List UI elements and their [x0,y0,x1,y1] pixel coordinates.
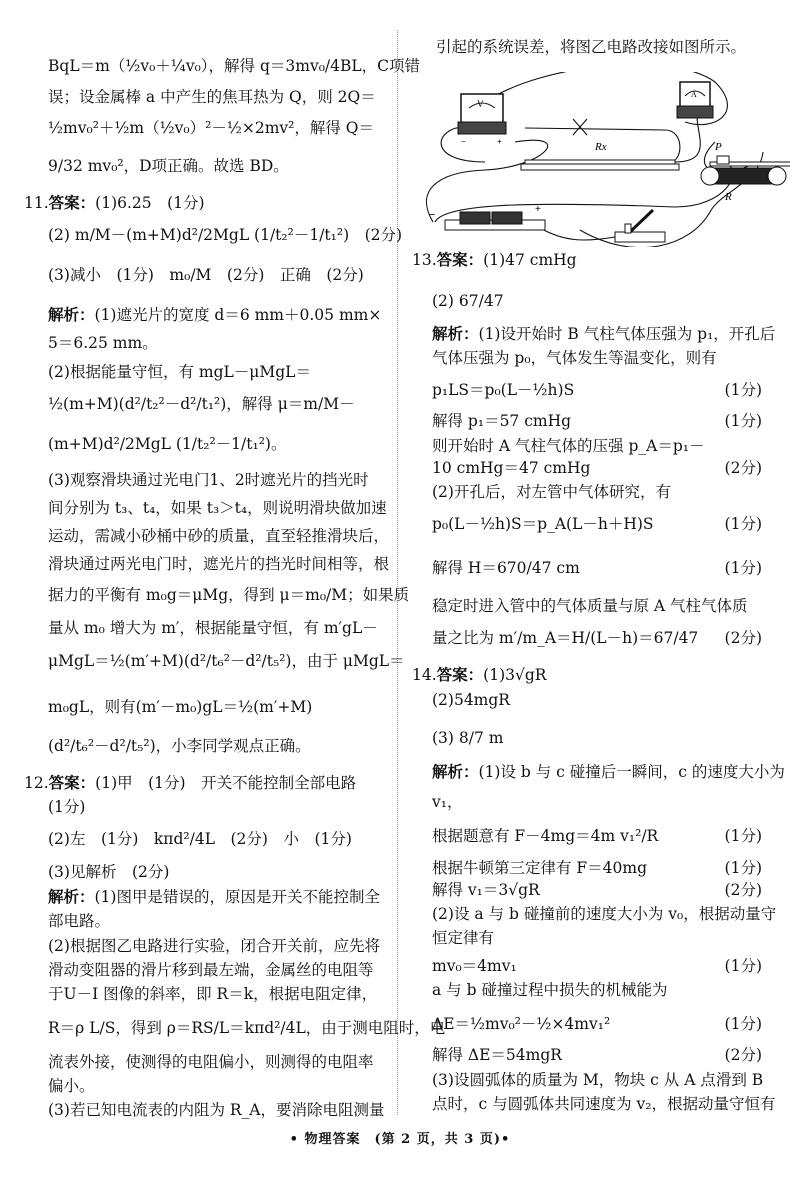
analysis-line: 解析：(1)图甲是错误的，原因是开关不能控制全 [48,887,380,907]
answer-text: (1)3√gR [483,666,546,684]
rheostat-icon: P R [701,141,790,203]
score: (2分) [725,628,762,648]
analysis-line: p₀(L－½h)S＝p_A(L－h＋H)S(1分) [432,514,762,534]
analysis-label: 解析： [432,324,479,343]
analysis-line: 部电路。 [48,911,110,931]
score: (1分) [725,858,762,878]
analysis-line: ΔE＝½mv₀²－½×4mv₁²(1分) [432,1014,762,1034]
column-divider [397,30,398,1115]
answer-text: (1)6.25 (1分) [95,194,204,212]
answer-text: (1)47 cmHg [483,251,576,269]
score: (1分) [725,826,762,846]
score: (1分) [725,514,762,534]
svg-text:−: − [461,137,466,146]
analysis-line: 解得 p₁＝57 cmHg(1分) [432,411,762,431]
analysis-label: 解析： [432,762,479,781]
score: (2分) [725,880,762,900]
analysis-line: (2)设 a 与 b 碰撞前的速度大小为 v₀，根据动量守 [432,904,762,924]
answer-text: (1)甲 (1分) 开关不能控制全部电路 [95,774,356,792]
answer-line: (2)左 (1分) kπd²/4L (2分) 小 (1分) [48,829,352,849]
text-line: 误；设金属棒 a 中产生的焦耳热为 Q，则 2Q＝ [48,87,376,107]
resistance-wire-rx: Rx [521,141,679,170]
wire [426,140,547,222]
switch-icon [615,210,665,242]
voltmeter-icon: V − + [458,94,506,146]
answer-label: 答案： [49,773,96,792]
analysis-line: 气体压强为 p₀，气体发生等温变化，则有 [432,348,762,368]
analysis-line: 则开始时 A 气柱气体的压强 p_A＝p₁－ [432,436,762,456]
answer-label: 答案： [49,193,96,212]
svg-text:+: + [535,204,541,215]
answer-label: 答案： [437,250,484,269]
analysis-line: 流表外接，使测得的电阻偏小，则测得的电阻率 [48,1052,374,1072]
answer-line: (3)减小 (1分) m₀/M (2分) 正确 (2分) [48,265,364,285]
analysis-line: 偏小。 [48,1076,95,1096]
analysis-line: 10 cmHg＝47 cmHg(2分) [432,458,762,478]
analysis-line: 间分别为 t₃、t₄，如果 t₃＞t₄，则说明滑块做加速 [48,498,387,518]
question-number: 12. [24,774,49,792]
analysis-line: 解析：(1)设 b 与 c 碰撞后一瞬间，c 的速度大小为 [432,762,762,782]
analysis-line: 5＝6.25 mm。 [48,333,158,353]
svg-text:+: + [497,137,502,146]
cross-mark-icon [573,119,587,135]
analysis-line: 解得 H＝670/47 cm(1分) [432,558,762,578]
text-line: 引起的系统误差，将图乙电路改接如图所示。 [436,37,746,57]
answer-line: (1分) [48,797,85,817]
battery-icon: − + [429,204,545,230]
analysis-line: 滑动变阻器的滑片移到最左端，金属丝的电阻等 [48,960,374,980]
analysis-line: (m+M)d²/2MgL (1/t₂²－1/t₁²)。 [48,434,286,454]
svg-text:−: − [429,209,435,221]
q11-answer-heading: 11.答案：(1)6.25 (1分) [24,193,205,213]
question-number: 14. [412,666,437,684]
analysis-line: ½(m+M)(d²/t₂²－d²/t₁²)，解得 μ＝m/M－ [48,394,355,414]
svg-text:R: R [724,191,732,203]
analysis-line: μMgL＝½(m′+M)(d²/t₆²－d²/t₅²)，由于 μMgL＝ [48,651,405,671]
q13-answer-heading: 13.答案：(1)47 cmHg [412,250,577,270]
analysis-line: 恒定律有 [432,928,762,948]
svg-text:A: A [691,90,697,99]
text-line: ½mv₀²＋½m（½v₀）²－½×2mv²，解得 Q＝ [48,118,374,138]
answer-line: (3) 8/7 m [432,728,503,748]
question-number: 13. [412,251,437,269]
analysis-line: 滑块通过两光电门时，遮光片的挡光时间相等，根 [48,554,389,574]
analysis-line: m₀gL，则有(m′－m₀)gL＝½(m′+M) [48,697,312,717]
answer-line: (2)54mgR [432,690,510,710]
score: (1分) [725,558,762,578]
svg-text:Rx: Rx [594,141,607,153]
analysis-label: 解析： [48,887,95,906]
svg-text:P: P [714,141,722,153]
score: (1分) [725,1014,762,1034]
analysis-line: 解析：(1)设开始时 B 气柱气体压强为 p₁，开孔后 [432,324,775,344]
answer-line: (2) 67/47 [432,291,504,311]
analysis-line: (d²/t₆²－d²/t₅²)，小李同学观点正确。 [48,736,311,756]
answer-line: (2) m/M－(m+M)d²/2MgL (1/t₂²－1/t₁²) (2分) [48,225,402,245]
answer-label: 答案： [437,665,484,684]
analysis-line: R＝ρ L/S，得到 ρ＝RS/L＝kπd²/4L，由于测电阻时，电 [48,1018,445,1038]
analysis-line: 于U－I 图像的斜率，即 R＝k，根据电阻定律， [48,984,377,1004]
analysis-line: 解得 ΔE＝54mgR(2分) [432,1045,762,1065]
svg-text:V: V [477,99,484,109]
q14-answer-heading: 14.答案：(1)3√gR [412,665,546,685]
analysis-line: 量从 m₀ 增大为 m′，根据能量守恒，有 m′gL－ [48,618,378,638]
analysis-line: a 与 b 碰撞过程中损失的机械能为 [432,980,762,1000]
analysis-line: p₁LS＝p₀(L－½h)S(1分) [432,380,762,400]
analysis-line: 运动，需减小砂桶中砂的质量，直至轻推滑块后， [48,526,389,546]
analysis-line: 解析：(1)遮光片的宽度 d＝6 mm＋0.05 mm× [48,305,381,325]
score: (1分) [725,380,762,400]
score: (2分) [725,458,762,478]
analysis-line: 量之比为 m′/m_A＝H/(L－h)＝67/47(2分) [432,628,762,648]
analysis-line: (3)设圆弧体的质量为 M，物块 c 从 A 点滑到 B [432,1070,762,1090]
ammeter-icon: A [677,82,713,118]
analysis-line: 根据题意有 F－4mg＝4m v₁²/R(1分) [432,826,762,846]
circuit-diagram: V − + A Rx P R − + [425,72,790,247]
answer-line: (3)见解析 (2分) [48,862,169,882]
analysis-line: v₁， [432,792,762,812]
analysis-line: 稳定时进入管中的气体质量与原 A 气柱气体质 [432,596,762,616]
analysis-line: (2)根据图乙电路进行实验，闭合开关前，应先将 [48,936,380,956]
analysis-line: (2)开孔后，对左管中气体研究，有 [432,482,762,502]
page-footer: • 物理答案 (第 2 页，共 3 页)• [0,1128,800,1147]
analysis-line: 根据牛顿第三定律有 F＝40mg(1分) [432,858,762,878]
analysis-line: 解得 v₁＝3√gR(2分) [432,880,762,900]
analysis-line: (3)若已知电流表的内阻为 R_A，要消除电阻测量 [48,1100,385,1120]
text-line: BqL＝m（½v₀＋¼v₀），解得 q＝3mv₀/4BL，C项错 [48,56,420,76]
text-line: 9/32 mv₀²，D项正确。故选 BD。 [48,156,289,176]
analysis-line: 据力的平衡有 m₀g＝μMg，得到 μ＝m₀/M；如果质 [48,585,409,605]
question-number: 11. [24,194,49,212]
score: (2分) [725,1045,762,1065]
analysis-line: mv₀＝4mv₁(1分) [432,956,762,976]
score: (1分) [725,411,762,431]
analysis-label: 解析： [48,305,95,324]
analysis-line: (3)观察滑块通过光电门1、2时遮光片的挡光时 [48,470,369,490]
q12-answer-heading: 12.答案：(1)甲 (1分) 开关不能控制全部电路 [24,773,356,793]
analysis-line: (2)根据能量守恒，有 mgL－μMgL＝ [48,362,311,382]
analysis-line: 点时，c 与圆弧体共同速度为 v₂，根据动量守恒有 [432,1094,762,1114]
score: (1分) [725,956,762,976]
